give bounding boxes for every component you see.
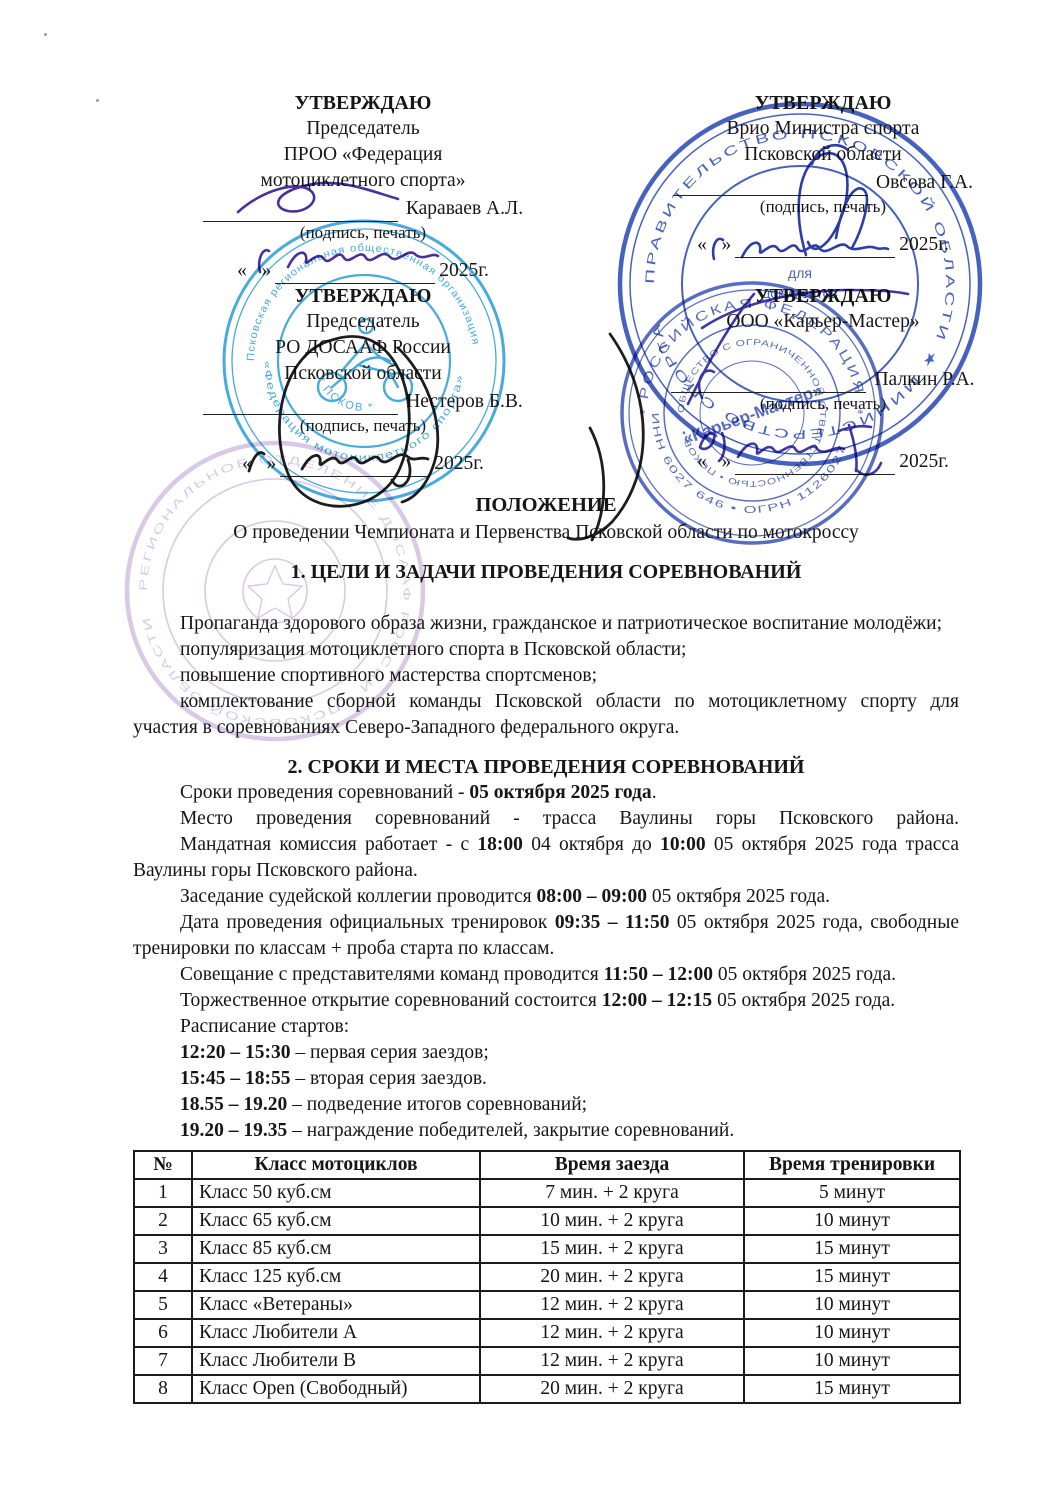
paragraph: Дата проведения официальных тренировок 0… (133, 910, 959, 962)
paragraph: комплектование сборной команды Псковской… (133, 689, 959, 741)
text: Торжественное открытие соревнований сост… (180, 990, 602, 1011)
signer-name: Караваев А.Л. (406, 196, 523, 222)
table-row: 7Класс Любители В12 мин. + 2 круга10 мин… (134, 1347, 960, 1375)
ministry-stamp-inner-text: для (788, 265, 812, 281)
signer-name: Овсова Г.А. (876, 170, 973, 196)
document-page: ПРАВИТЕЛЬСТВО ПСКОВСКОЙ ОБЛАСТИ ★ МИНИСТ… (0, 0, 1061, 1500)
text: Место проведения соревнований - трасса В… (180, 808, 959, 829)
table-cell: 7 (134, 1347, 192, 1375)
approval-line: Председатель (188, 309, 538, 335)
paragraph: Сроки проведения соревнований - 05 октяб… (133, 780, 959, 806)
paragraph: 19.20 – 19.35 – награждение победителей,… (133, 1118, 959, 1144)
signature-caption: (подпись, печать) (188, 415, 538, 437)
bold-text: 18:00 (477, 834, 523, 855)
paragraph: Заседание судейской коллегии проводится … (133, 884, 959, 910)
date-quotes: « » (242, 451, 276, 477)
approval-block-federation: УТВЕРЖДАЮ ПредседательПРОО «Федерациямот… (188, 90, 538, 284)
table-cell: Класс 65 куб.см (192, 1207, 480, 1235)
date-row: « » 2025г. (648, 447, 998, 475)
bold-text: 05 октября 2025 года (469, 782, 651, 803)
text: Совещание с представителями команд прово… (180, 964, 604, 985)
date-line (275, 259, 435, 284)
table-cell: 5 (134, 1291, 192, 1319)
text: – подведение итогов соревнований; (287, 1094, 587, 1115)
table-cell: 2 (134, 1207, 192, 1235)
paragraph: Совещание с представителями команд прово… (133, 962, 959, 988)
section1-paragraphs: Пропаганда здорового образа жизни, гражд… (133, 611, 959, 741)
signature-caption: (подпись, печать) (648, 393, 998, 415)
text: Заседание судейской коллегии проводится (180, 886, 536, 907)
table-cell: Класс 85 куб.см (192, 1235, 480, 1263)
text: Мандатная комиссия работает - с (180, 834, 477, 855)
signer-name: Нестеров Б.В. (406, 389, 523, 415)
table-cell: 15 минут (744, 1375, 960, 1403)
paragraph: повышение спортивного мастерства спортсм… (133, 663, 959, 689)
table-cell: 15 минут (744, 1263, 960, 1291)
approval-block-karier-master: УТВЕРЖДАЮ ООО «Карьер-Мастер» Палкин Р.А… (648, 283, 998, 475)
signature-caption: (подпись, печать) (188, 222, 538, 244)
paragraph: Мандатная комиссия работает - с 18:00 04… (133, 832, 959, 884)
table-header-cell: Класс мотоциклов (192, 1151, 480, 1179)
text: Дата проведения официальных тренировок (180, 912, 555, 933)
classes-table: №Класс мотоцикловВремя заездаВремя трени… (133, 1150, 961, 1404)
date-line (735, 450, 895, 475)
table-row: 6Класс Любители А12 мин. + 2 круга10 мин… (134, 1319, 960, 1347)
date-line (280, 452, 430, 477)
bold-text: 12:00 – 12:15 (602, 990, 713, 1011)
section1-heading: 1. ЦЕЛИ И ЗАДАЧИ ПРОВЕДЕНИЯ СОРЕВНОВАНИЙ (133, 559, 959, 585)
table-cell: Класс Open (Свободный) (192, 1375, 480, 1403)
table-row: 8Класс Open (Свободный)20 мин. + 2 круга… (134, 1375, 960, 1403)
paragraph: Пропаганда здорового образа жизни, гражд… (133, 611, 959, 637)
scan-speck (44, 33, 47, 36)
paragraph: популяризация мотоциклетного спорта в Пс… (133, 637, 959, 663)
date-line (735, 233, 895, 258)
text: Пропаганда здорового образа жизни, гражд… (180, 613, 942, 634)
page-title: ПОЛОЖЕНИЕ (133, 492, 959, 519)
approval-org-lines: ПредседательПРОО «Федерациямотоциклетног… (188, 116, 538, 194)
bold-text: 09:35 – 11:50 (555, 912, 670, 933)
text: 05 октября 2025 года. (712, 990, 895, 1011)
signer-name: Палкин Р.А. (874, 367, 974, 393)
table-row: 2Класс 65 куб.см10 мин. + 2 круга10 мину… (134, 1207, 960, 1235)
approval-org-lines: ПредседательРО ДОСААФ РоссииПсковской об… (188, 309, 538, 387)
paragraph: Расписание стартов: (133, 1014, 959, 1040)
section2-paragraphs: Сроки проведения соревнований - 05 октяб… (133, 780, 959, 1144)
paragraph: Место проведения соревнований - трасса В… (133, 806, 959, 832)
date-row: « » 2025г. (188, 256, 538, 284)
bold-text: 11:50 – 12:00 (604, 964, 713, 985)
table-header-cell: № (134, 1151, 192, 1179)
signature-line (673, 171, 868, 196)
approval-line: Псковской области (188, 361, 538, 387)
table-header-row: №Класс мотоцикловВремя заездаВремя трени… (134, 1151, 960, 1179)
text: 05 октября 2025 года. (647, 886, 830, 907)
date-quotes: « » (237, 258, 271, 284)
table-cell: 20 мин. + 2 круга (480, 1263, 744, 1291)
signature-row: Караваев А.Л. (188, 194, 538, 222)
bold-text: 10:00 (660, 834, 706, 855)
signature-row: Овсова Г.А. (648, 168, 998, 196)
bold-text: 08:00 – 09:00 (536, 886, 647, 907)
table-row: 1Класс 50 куб.см7 мин. + 2 круга5 минут (134, 1179, 960, 1207)
text: комплектование сборной команды Псковской… (133, 691, 959, 738)
table-cell: 1 (134, 1179, 192, 1207)
table-cell: 7 мин. + 2 круга (480, 1179, 744, 1207)
date-quotes: « » (697, 232, 731, 258)
text: повышение спортивного мастерства спортсм… (180, 665, 597, 686)
table-cell: Класс «Ветераны» (192, 1291, 480, 1319)
date-row: « » 2025г. (188, 449, 538, 477)
signature-line (671, 368, 866, 393)
date-quotes: « » (697, 449, 731, 475)
approval-org-lines: Врио Министра спортаПсковской области (648, 116, 998, 168)
table-cell: 5 минут (744, 1179, 960, 1207)
table-cell: Класс Любители В (192, 1347, 480, 1375)
date-row: « » 2025г. (648, 230, 998, 258)
table-cell: 10 мин. + 2 круга (480, 1207, 744, 1235)
table-cell: 6 (134, 1319, 192, 1347)
bold-text: 19.20 – 19.35 (180, 1120, 287, 1141)
table-cell: 10 минут (744, 1291, 960, 1319)
signature-caption: (подпись, печать) (648, 196, 998, 218)
table-cell: 12 мин. + 2 круга (480, 1291, 744, 1319)
date-year: 2025г. (439, 258, 489, 284)
table-cell: 3 (134, 1235, 192, 1263)
signature-line (203, 390, 398, 415)
approval-block-ministry: УТВЕРЖДАЮ Врио Министра спортаПсковской … (648, 90, 998, 258)
signature-line (203, 197, 398, 222)
table-cell: 15 минут (744, 1235, 960, 1263)
table-row: 3Класс 85 куб.см15 мин. + 2 круга15 мину… (134, 1235, 960, 1263)
approval-line: Председатель (188, 116, 538, 142)
text: – награждение победителей, закрытие соре… (287, 1120, 734, 1141)
table-cell: 12 мин. + 2 круга (480, 1319, 744, 1347)
text: . (652, 782, 657, 803)
table-cell: 4 (134, 1263, 192, 1291)
table-cell: Класс 125 куб.см (192, 1263, 480, 1291)
table-cell: Класс 50 куб.см (192, 1179, 480, 1207)
date-year: 2025г. (899, 232, 949, 258)
paragraph: 12:20 – 15:30 – первая серия заездов; (133, 1040, 959, 1066)
table-cell: 12 мин. + 2 круга (480, 1347, 744, 1375)
text: Сроки проведения соревнований - (180, 782, 469, 803)
paragraph: 18.55 – 19.20 – подведение итогов соревн… (133, 1092, 959, 1118)
approval-line: ПРОО «Федерация (188, 142, 538, 168)
approval-line: Псковской области (648, 142, 998, 168)
approval-title: УТВЕРЖДАЮ (648, 283, 998, 309)
text: Расписание стартов: (180, 1016, 349, 1037)
bold-text: 12:20 – 15:30 (180, 1042, 291, 1063)
document-body: ПОЛОЖЕНИЕ О проведении Чемпионата и Перв… (133, 492, 959, 1404)
approval-title: УТВЕРЖДАЮ (648, 90, 998, 116)
karier-stamp-star: * (639, 406, 646, 421)
table-row: 5Класс «Ветераны»12 мин. + 2 круга10 мин… (134, 1291, 960, 1319)
approval-title: УТВЕРЖДАЮ (188, 90, 538, 116)
text: 04 октября до (523, 834, 660, 855)
signature-row: Нестеров Б.В. (188, 387, 538, 415)
table-header-cell: Время заезда (480, 1151, 744, 1179)
approval-block-dosaaf: УТВЕРЖДАЮ ПредседательРО ДОСААФ РоссииПс… (188, 283, 538, 477)
approval-line: мотоциклетного спорта» (188, 168, 538, 194)
paragraph: 15:45 – 18:55 – вторая серия заездов. (133, 1066, 959, 1092)
signature-row: Палкин Р.А. (648, 365, 998, 393)
text: – первая серия заездов; (291, 1042, 489, 1063)
page-subtitle: О проведении Чемпионата и Первенства Пск… (133, 519, 959, 546)
table-cell: 10 минут (744, 1347, 960, 1375)
table-cell: 20 мин. + 2 круга (480, 1375, 744, 1403)
table-header-cell: Время тренировки (744, 1151, 960, 1179)
date-year: 2025г. (434, 451, 484, 477)
approval-org-lines: ООО «Карьер-Мастер» (648, 309, 998, 335)
approval-line: ООО «Карьер-Мастер» (648, 309, 998, 335)
approval-line: РО ДОСААФ России (188, 335, 538, 361)
date-year: 2025г. (899, 449, 949, 475)
approval-title: УТВЕРЖДАЮ (188, 283, 538, 309)
text: – вторая серия заездов. (291, 1068, 487, 1089)
scan-speck (96, 99, 99, 102)
text: 05 октября 2025 года. (713, 964, 896, 985)
bold-text: 15:45 – 18:55 (180, 1068, 291, 1089)
table-cell: 15 мин. + 2 круга (480, 1235, 744, 1263)
bold-text: 18.55 – 19.20 (180, 1094, 287, 1115)
section2-heading: 2. СРОКИ И МЕСТА ПРОВЕДЕНИЯ СОРЕВНОВАНИЙ (133, 754, 959, 780)
table-cell: 8 (134, 1375, 192, 1403)
table-cell: 10 минут (744, 1207, 960, 1235)
table-row: 4Класс 125 куб.см20 мин. + 2 круга15 мин… (134, 1263, 960, 1291)
table-cell: 10 минут (744, 1319, 960, 1347)
text: популяризация мотоциклетного спорта в Пс… (180, 639, 686, 660)
paragraph: Торжественное открытие соревнований сост… (133, 988, 959, 1014)
table-cell: Класс Любители А (192, 1319, 480, 1347)
approval-line: Врио Министра спорта (648, 116, 998, 142)
